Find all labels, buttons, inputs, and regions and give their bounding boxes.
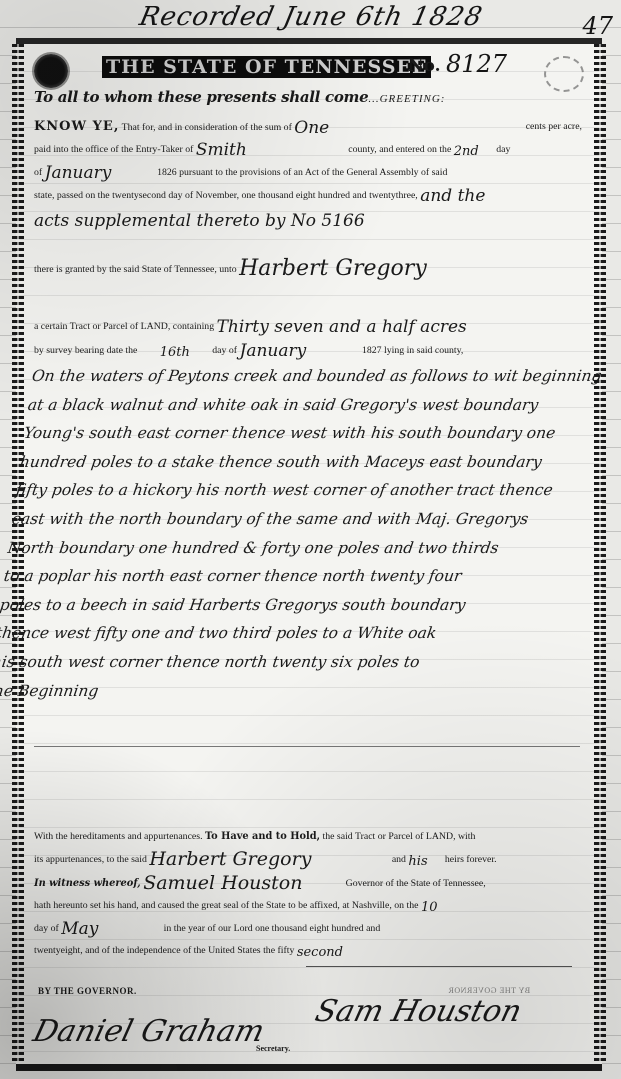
governor-name-field: Samuel Houston: [143, 876, 343, 890]
seal-day-field: 10: [421, 901, 461, 915]
supplemental-handwritten: acts supplemental thereto by No 5166: [34, 214, 365, 228]
page-number: 47: [582, 12, 613, 40]
know-ye: KNOW YE,: [34, 119, 119, 134]
number-label: No.: [408, 56, 441, 76]
acreage-line: a certain Tract or Parcel of LAND, conta…: [34, 320, 582, 334]
grantee-line: there is granted by the said State of Te…: [34, 262, 582, 277]
embossed-seal-icon: [544, 56, 584, 92]
habendum-line: With the hereditaments and appurtenances…: [34, 830, 582, 844]
description-line: poles to a beech in said Harberts Gregor…: [0, 591, 548, 620]
acreage-field: Thirty seven and a half acres: [217, 320, 467, 334]
survey-year: 1827: [362, 345, 382, 356]
land-grant-certificate: THE STATE OF TENNESSEE No. 8127 To all t…: [16, 38, 602, 1071]
description-line: east with the north boundary of the same…: [10, 505, 560, 534]
state-title: THE STATE OF TENNESSEE: [102, 56, 431, 78]
sum-field: One: [294, 121, 414, 135]
grantee-field: Harbert Gregory: [239, 262, 427, 276]
description-line: North boundary one hundred & forty one p…: [6, 534, 556, 563]
entry-taker-line: paid into the office of the Entry-Taker …: [34, 143, 582, 159]
boundary-description: On the waters of Peytons creek and bound…: [0, 362, 580, 705]
description-line: to a poplar his north east corner thence…: [2, 562, 552, 591]
description-line: at a black walnut and white oak in said …: [26, 391, 576, 420]
secretary-signature: Daniel Graham: [30, 1014, 268, 1049]
seal-date-line: day of May in the year of our Lord one t…: [34, 922, 582, 936]
his-field: his: [408, 855, 442, 869]
independence-year-field: second: [297, 946, 343, 960]
secretary-label: Secretary.: [256, 1044, 290, 1053]
entry-month-field: January: [45, 166, 155, 180]
state-seal-icon: [34, 54, 68, 88]
description-line: fifty poles to a hickory his north west …: [14, 476, 564, 505]
description-line: his south west corner thence north twent…: [0, 648, 540, 677]
appurtenances-line: its appurtenances, to the said Harbert G…: [34, 852, 582, 869]
description-line: hundred poles to a stake thence south wi…: [18, 448, 568, 477]
county-field: Smith: [196, 143, 346, 157]
act-line: state, passed on the twentysecond day of…: [34, 189, 582, 203]
right-chevron-border: [594, 44, 606, 1064]
entry-date-line: of January 1826 pursuant to the provisio…: [34, 166, 582, 180]
greeting: ...GREETING:: [368, 93, 445, 105]
survey-day-field: 16th: [140, 346, 210, 360]
survey-month-field: January: [240, 344, 360, 358]
seal-month-field: May: [61, 922, 161, 936]
witness-line: In witness whereof, Samuel Houston Gover…: [34, 876, 582, 891]
grant-number: 8127: [446, 50, 507, 78]
seal-line: hath hereunto set his hand, and caused t…: [34, 899, 582, 915]
act-handwritten: and the: [420, 189, 485, 203]
description-line: thence west fifty one and two third pole…: [0, 619, 544, 648]
consideration-line: KNOW YE, That for, and in consideration …: [34, 120, 582, 135]
supplemental-line: acts supplemental thereto by No 5166: [34, 214, 582, 228]
salutation: To all to whom these presents shall come…: [34, 88, 445, 106]
by-the-governor: BY THE GOVERNOR.: [38, 986, 137, 996]
entry-day-field: 2nd: [454, 145, 494, 159]
grantee-repeat-field: Harbert Gregory: [149, 852, 389, 866]
blank-area: [34, 684, 580, 834]
entry-year: 1826: [157, 167, 177, 178]
independence-line: twentyeight, and of the independence of …: [34, 944, 582, 960]
description-line: Young's south east corner thence west wi…: [22, 419, 572, 448]
survey-line: by survey bearing date the 16th day of J…: [34, 344, 582, 360]
recorded-note: Recorded June 6th 1828: [137, 2, 486, 32]
governor-signature: Sam Houston: [312, 994, 526, 1029]
description-line: On the waters of Peytons creek and bound…: [30, 362, 580, 391]
